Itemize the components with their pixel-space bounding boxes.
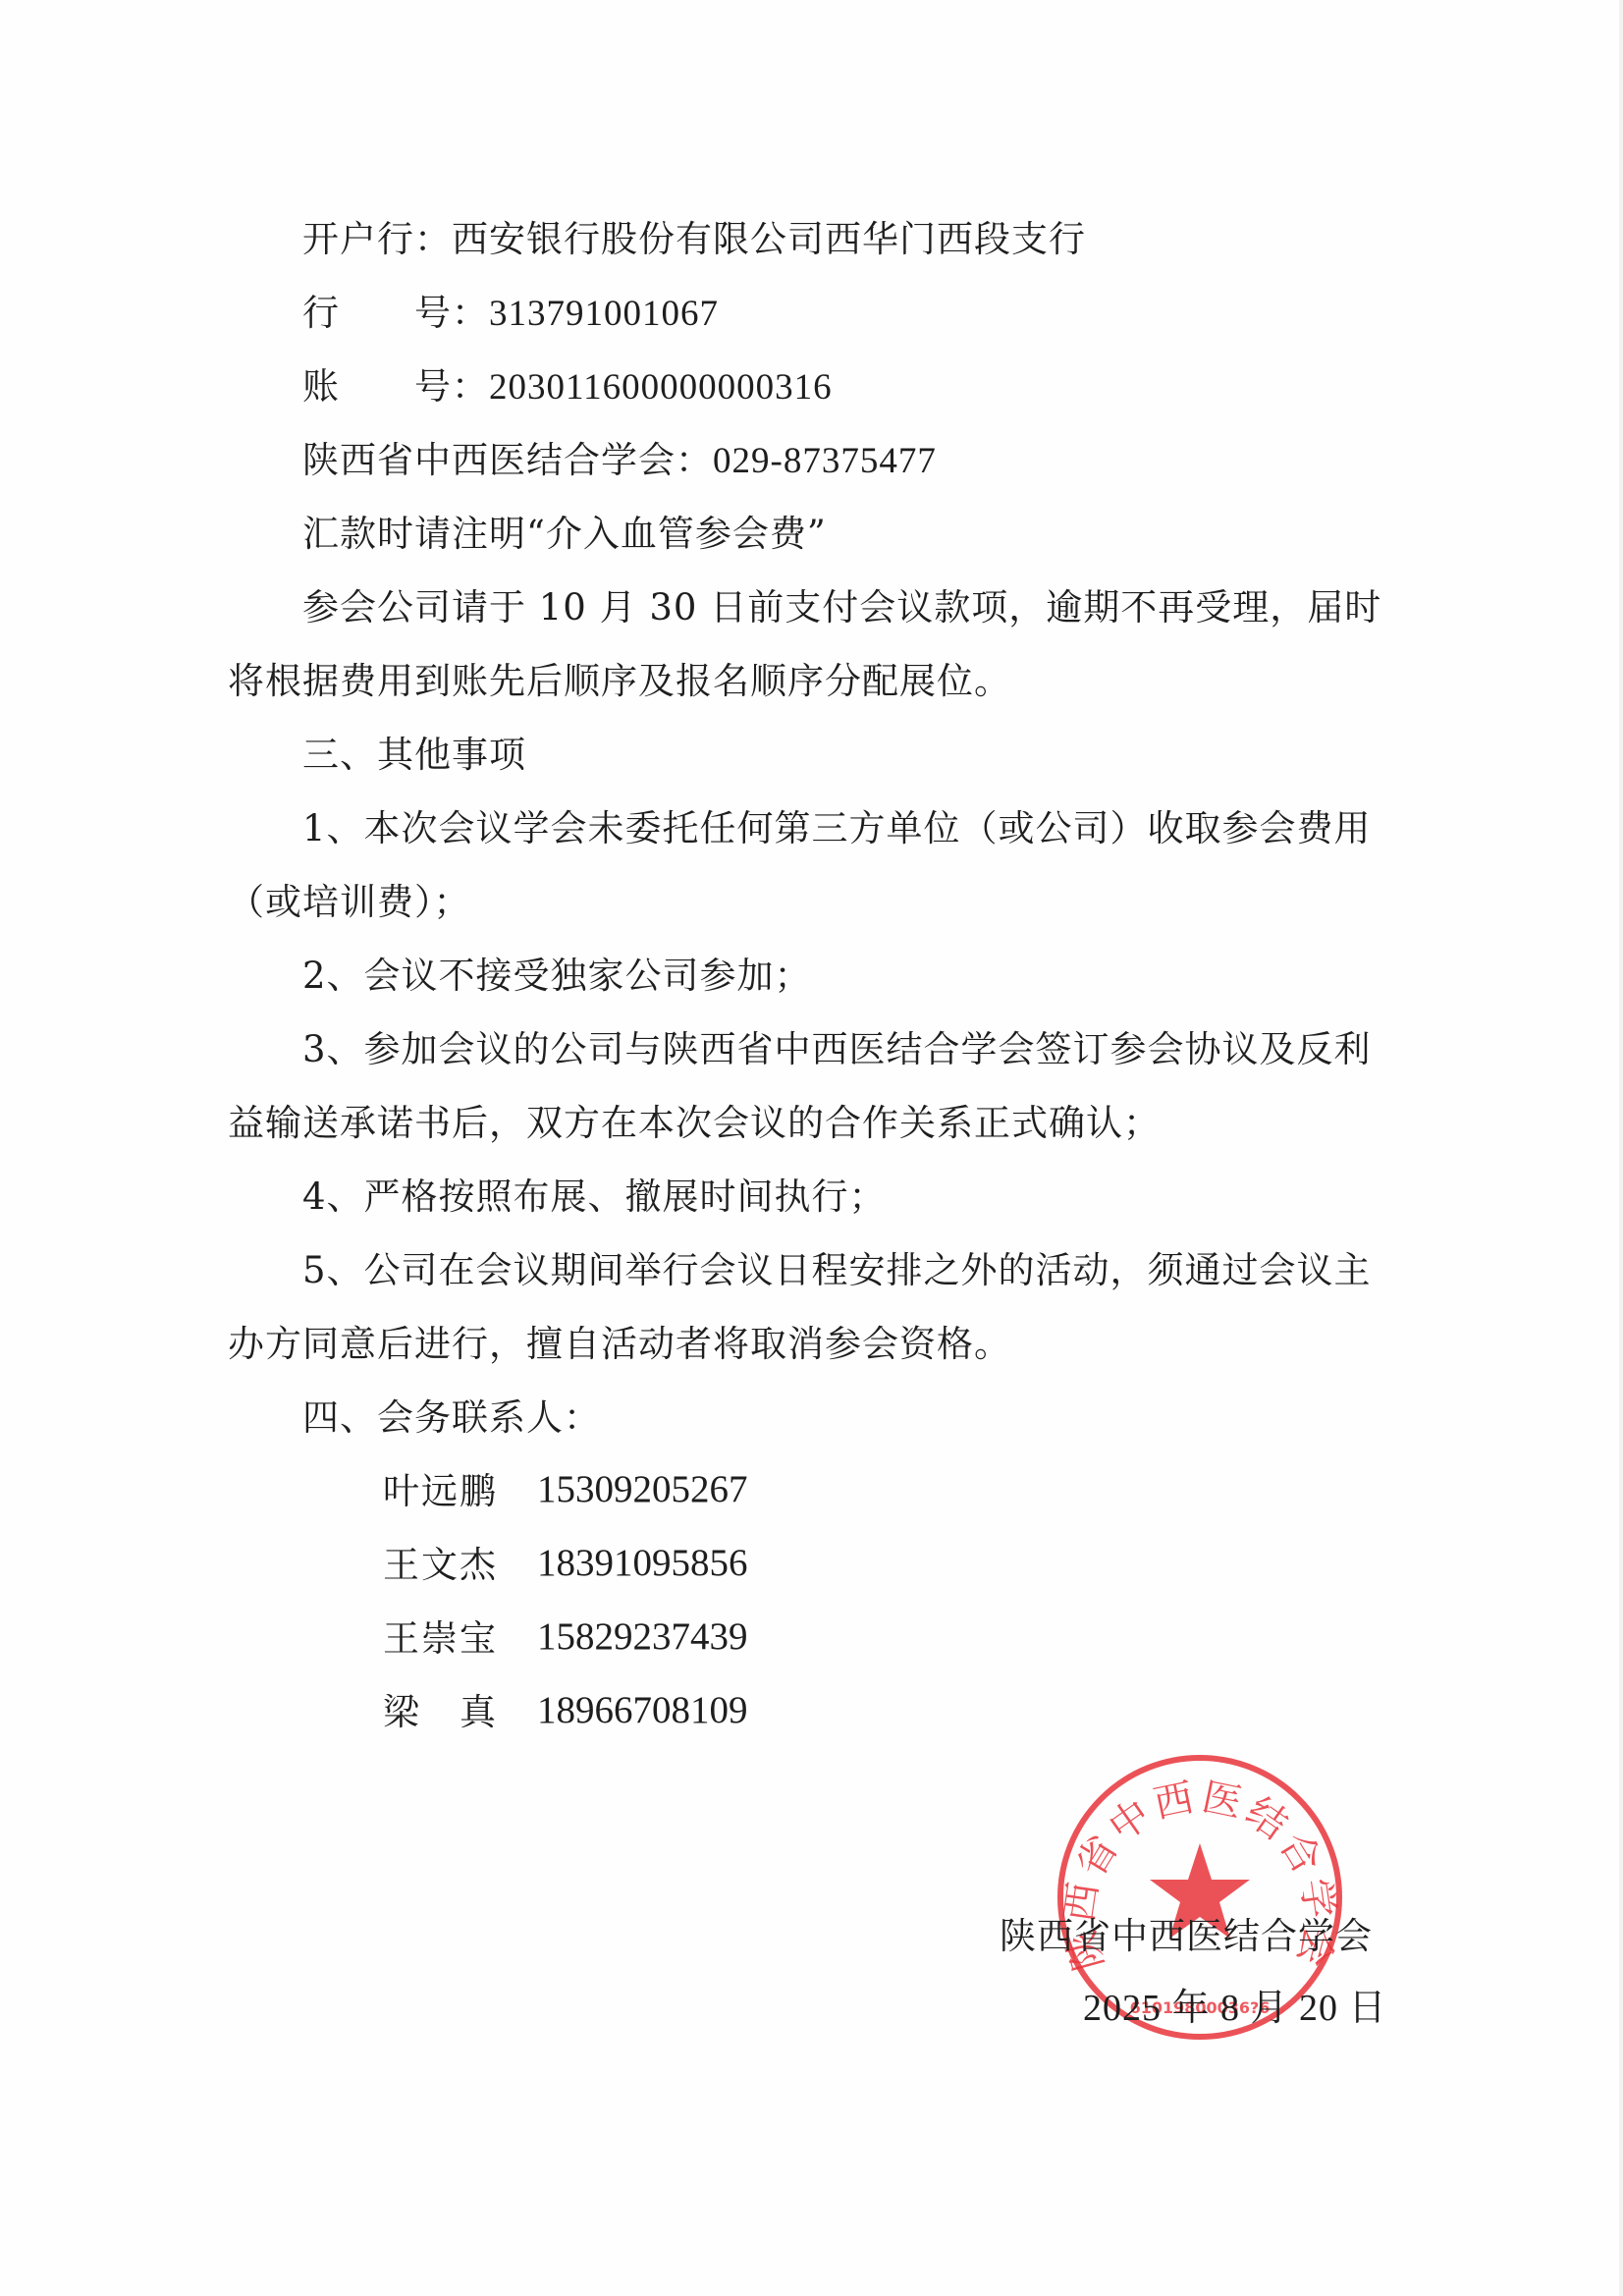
section3-item-1: 1、本次会议学会未委托任何第三方单位（或公司）收取参会费用 [302, 807, 1372, 850]
contact-phone: 18391095856 [537, 1542, 748, 1585]
remit-note: 汇款时请注明“介入血管参会费” [302, 513, 827, 556]
contact-name: 梁 真 [383, 1691, 498, 1734]
section3-item-4: 4、严格按照布展、撤展时间执行； [302, 1175, 887, 1219]
contact-name: 王文杰 [383, 1544, 498, 1587]
bank-name: 西安银行股份有限公司西华门西段支行 [452, 218, 1086, 260]
org-phone-line: 陕西省中西医结合学会：029-87375477 [302, 439, 937, 483]
bank-label: 开户行： [302, 218, 452, 260]
document-page: 开户行：西安银行股份有限公司西华门西段支行 行 号：313791001067 账… [0, 0, 1623, 2296]
payment-deadline-line2: 将根据费用到账先后顺序及报名顺序分配展位。 [228, 660, 1011, 703]
section3-heading: 三、其他事项 [302, 734, 526, 777]
contact-name: 叶远鹏 [383, 1470, 498, 1513]
account-label: 账 号： [302, 365, 489, 408]
scan-edge [1619, 0, 1623, 2296]
bank-code-line: 行 号：313791001067 [302, 292, 719, 336]
contact-phone: 18966708109 [537, 1689, 748, 1732]
org-phone: 029-87375477 [713, 441, 937, 481]
bank-code-label: 行 号： [302, 292, 489, 334]
section3-item-5-cont: 办方同意后进行，擅自活动者将取消参会资格。 [228, 1323, 1011, 1366]
contact-phone: 15829237439 [537, 1615, 748, 1659]
section3-item-3-cont: 益输送承诺书后，双方在本次会议的合作关系正式确认； [228, 1102, 1161, 1145]
section4-heading: 四、会务联系人： [302, 1396, 601, 1440]
bank-line: 开户行：西安银行股份有限公司西华门西段支行 [302, 218, 1086, 261]
section3-item-3: 3、参加会议的公司与陕西省中西医结合学会签订参会协议及反利 [302, 1028, 1372, 1071]
org-phone-label: 陕西省中西医结合学会： [302, 439, 713, 481]
contact-name: 王崇宝 [383, 1617, 498, 1661]
signature-date: 2025 年 8 月 20 日 [1083, 1987, 1387, 2030]
section3-item-1-cont: （或培训费）； [228, 881, 471, 924]
bank-code: 313791001067 [489, 294, 719, 334]
signature-organization: 陕西省中西医结合学会 [1000, 1915, 1373, 1958]
account-line: 账 号：203011600000000316 [302, 365, 833, 410]
payment-deadline-line1: 参会公司请于 10 月 30 日前支付会议款项，逾期不再受理，届时 [302, 586, 1381, 629]
contact-phone: 15309205267 [537, 1468, 748, 1511]
account-number: 203011600000000316 [489, 367, 833, 408]
section3-item-5: 5、公司在会议期间举行会议日程安排之外的活动，须通过会议主 [302, 1249, 1372, 1292]
section3-item-2: 2、会议不接受独家公司参加； [302, 955, 812, 998]
